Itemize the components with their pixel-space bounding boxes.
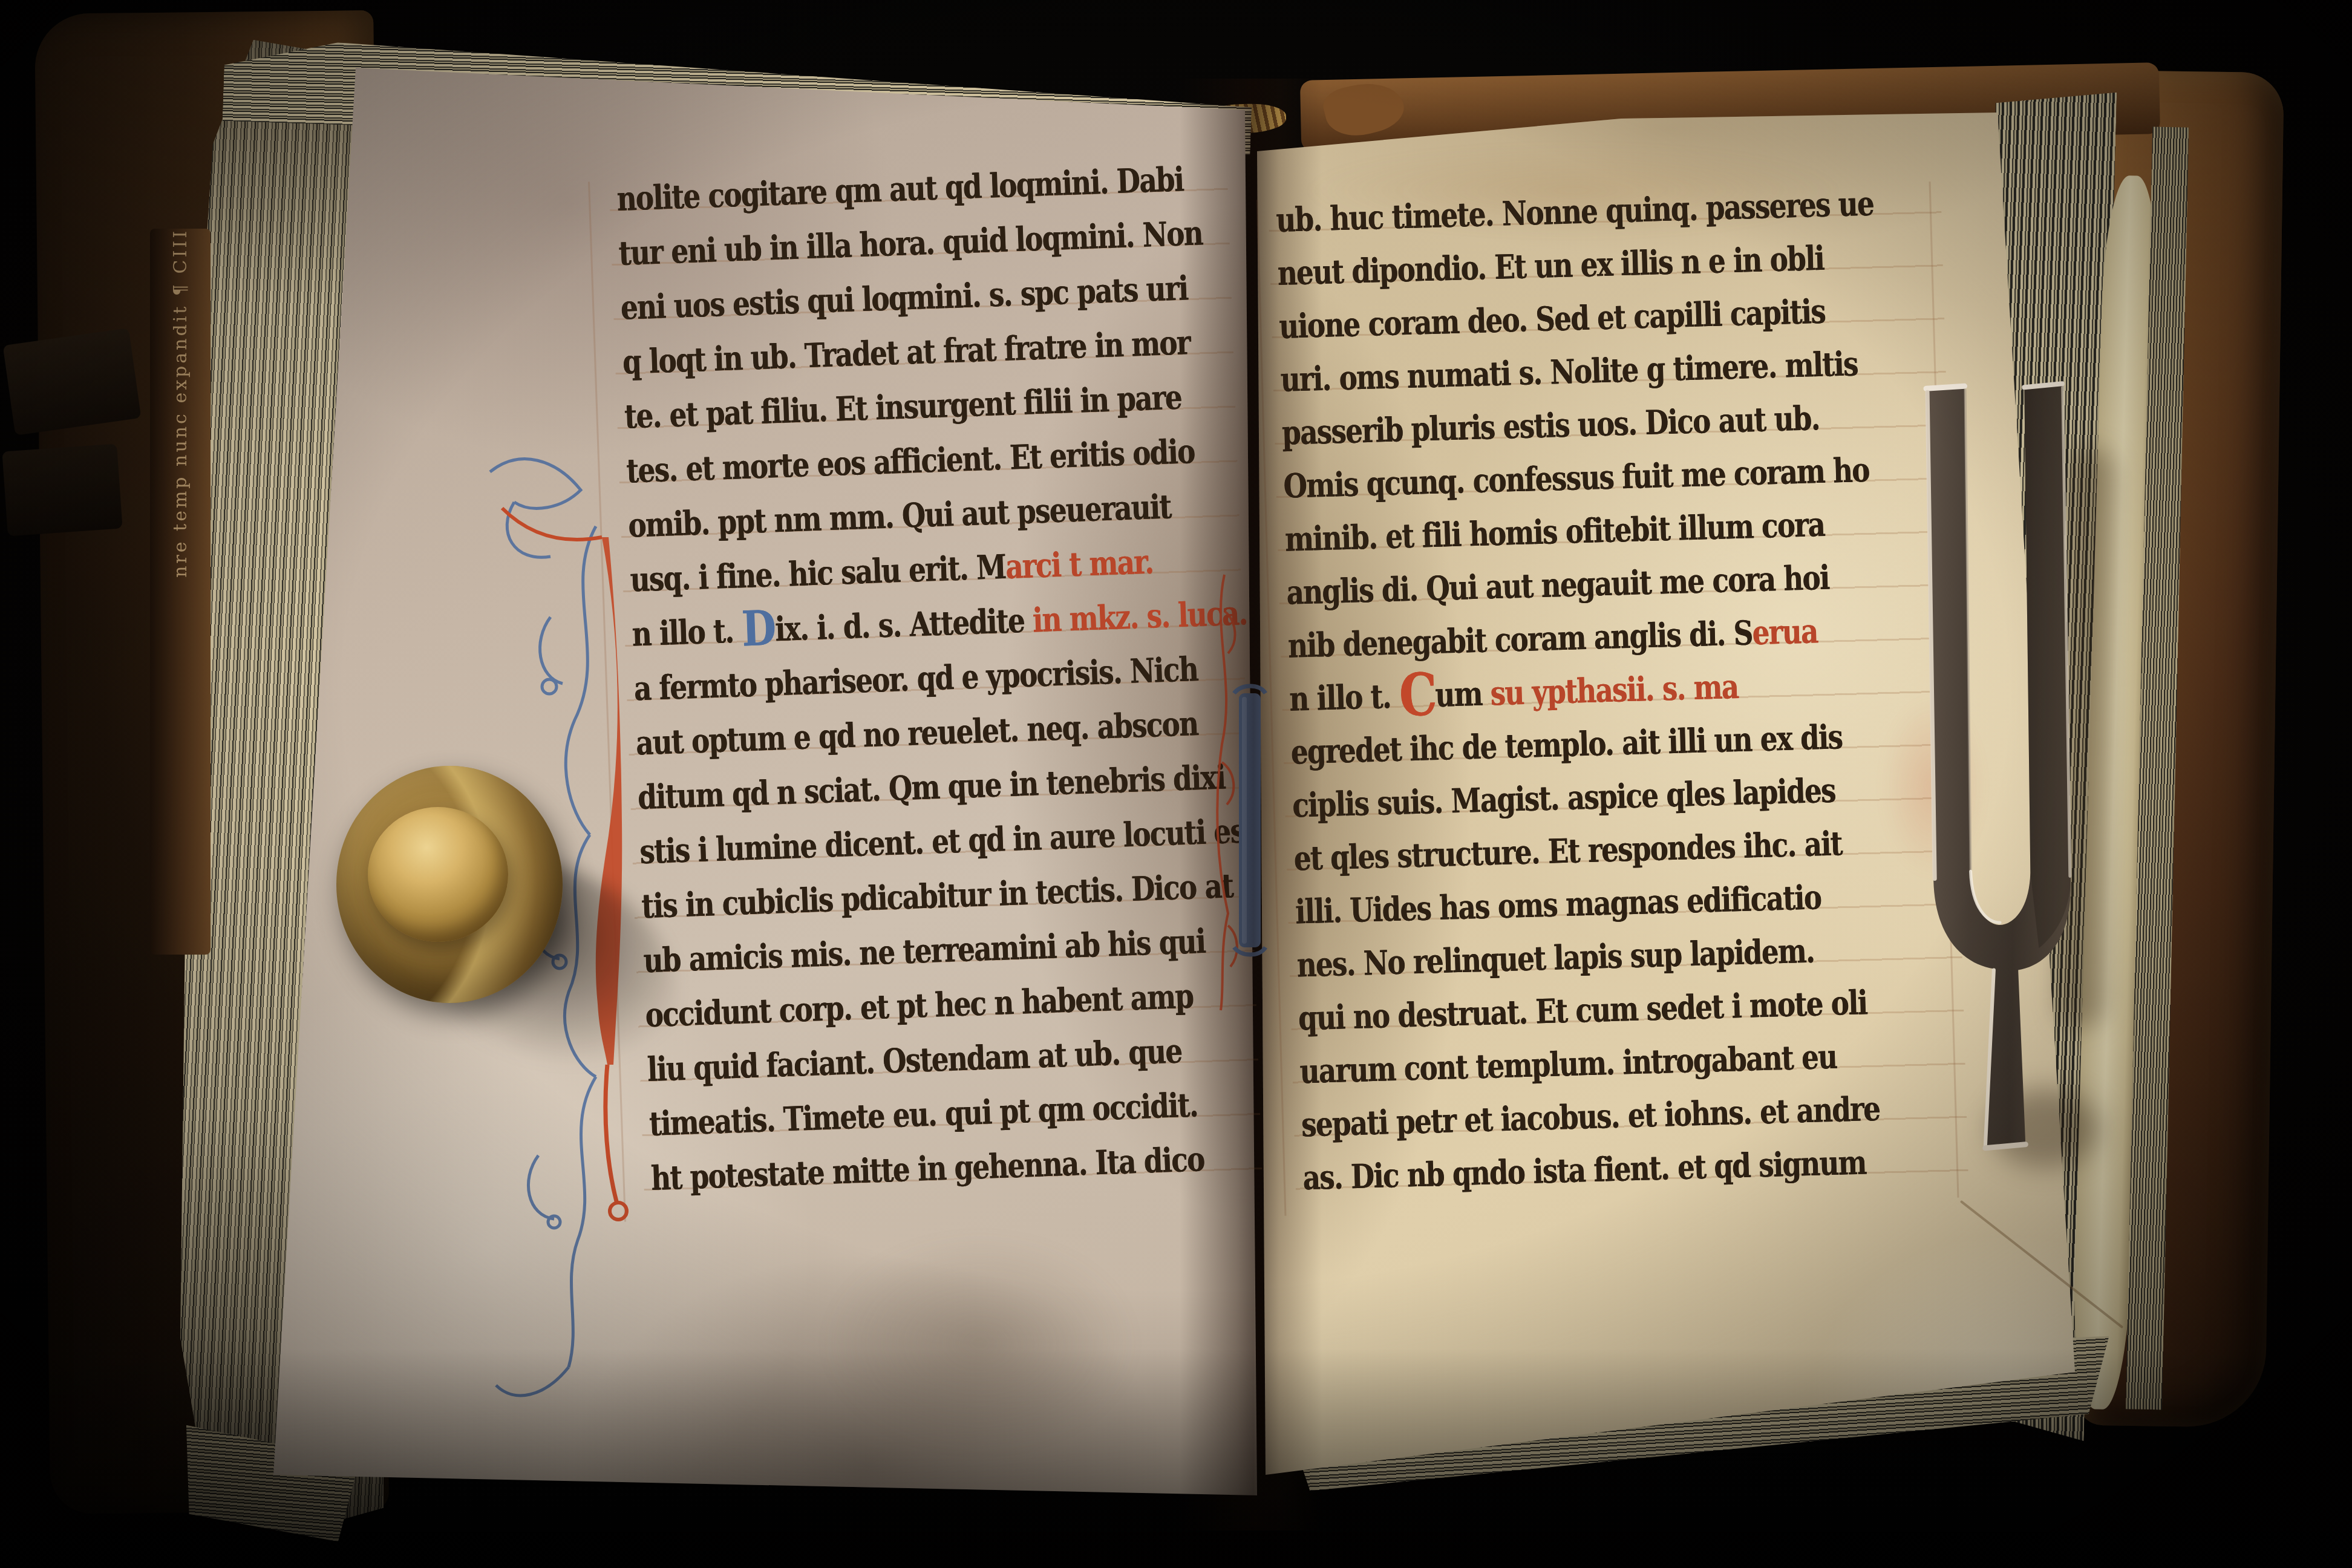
rubric-text: arci t mar. xyxy=(1005,541,1154,586)
gothic-text: n illo t. xyxy=(632,610,743,653)
brass-weight-knob xyxy=(368,807,508,942)
gothic-text: Omis qcunq. confessus fuit me coram ho xyxy=(1283,450,1870,506)
gothic-text: passerib pluris estis uos. Dico aut ub. xyxy=(1281,398,1820,452)
manuscript-photo: nre temp nunc expandit ¶ CIII nolite cog… xyxy=(0,0,2352,1568)
spine-shelf-note: nre temp nunc expandit ¶ CIII xyxy=(170,229,191,596)
spine-lining-strip: nre temp nunc expandit ¶ CIII xyxy=(150,229,211,955)
illuminated-initial-right xyxy=(1204,563,1397,1022)
gothic-text: usq. i fine. hic salu erit. M xyxy=(629,547,1006,599)
gothic-text: minib. et fili homis ofitebit illum cora xyxy=(1284,505,1825,559)
gothic-text: ix. i. d. s. Attedite xyxy=(774,600,1033,648)
gothic-text: uione coram deo. Sed et capilli capitis xyxy=(1278,292,1825,346)
leather-strap xyxy=(2,444,122,537)
gothic-text: uarum cont templum. introgabant eu xyxy=(1299,1037,1837,1091)
rubric-text: erua xyxy=(1752,611,1818,652)
gothic-text: neut dipondio. Et un ex illis n e in obl… xyxy=(1277,238,1824,293)
tuning-fork xyxy=(1900,361,2105,1165)
gothic-text: as. Dic nb qndo ista fient. et qd signum xyxy=(1302,1142,1867,1197)
gothic-text: um xyxy=(1434,673,1491,714)
gothic-text: liu quid faciant. Ostendam at ub. que xyxy=(647,1031,1183,1089)
decorated-initial: D xyxy=(740,599,776,658)
gothic-text: sepati petr et iacobus. et iohns. et and… xyxy=(1301,1089,1880,1145)
leather-strap xyxy=(3,328,142,436)
gothic-text: ub. huc timete. Nonne quinq. passeres ue xyxy=(1275,183,1873,240)
left-page-text: nolite cogitare qm aut qd loqmini. Dabit… xyxy=(616,151,1263,1206)
gothic-text: uri. oms numati s. Nolite g timere. mlti… xyxy=(1280,344,1858,399)
decorated-initial: C xyxy=(1398,660,1436,730)
rubric-text: su ypthasii. s. ma xyxy=(1490,667,1739,713)
gothic-text: ht potestate mitte in gehenna. Ita dico xyxy=(650,1139,1204,1198)
